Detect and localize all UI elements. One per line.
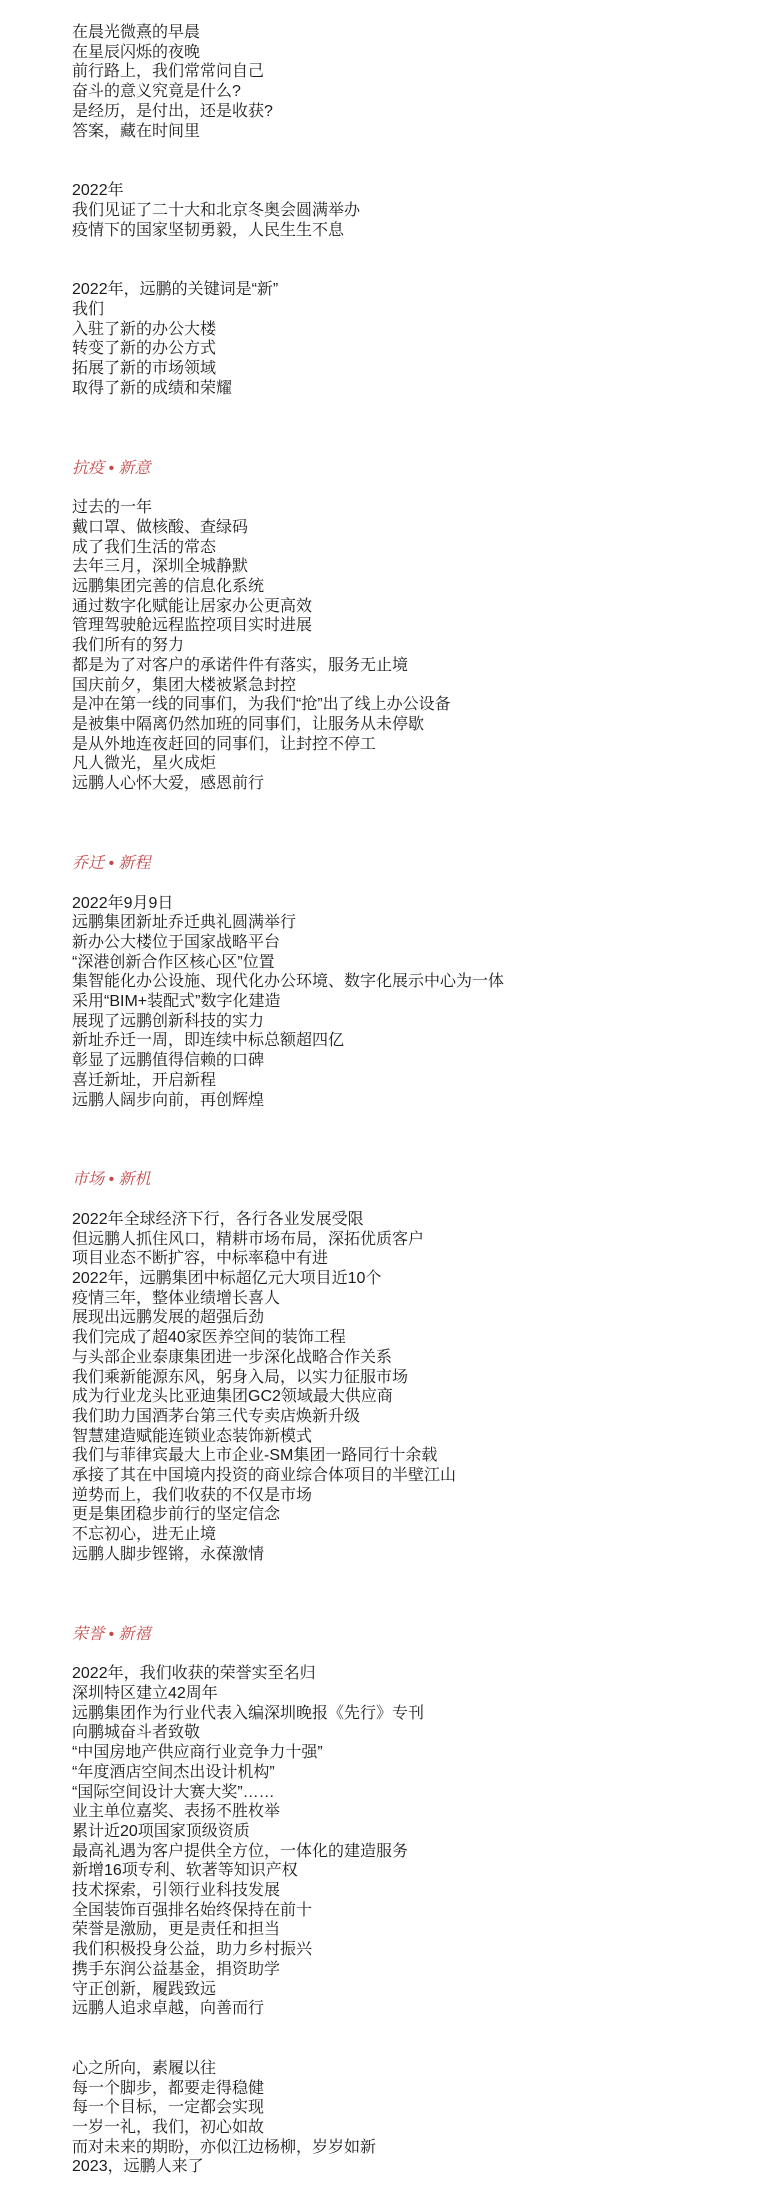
text-line: “国际空间设计大赛大奖”…… (72, 1783, 735, 1803)
text-line: 展现了远鹏创新科技的实力 (72, 1012, 735, 1032)
text-line: 最高礼遇为客户提供全方位，一体化的建造服务 (72, 1842, 735, 1862)
stanza: 过去的一年戴口罩、做核酸、查绿码成了我们生活的常态去年三月，深圳全城静默远鹏集团… (72, 498, 735, 794)
text-line: 展现出远鹏发展的超强后劲 (72, 1308, 735, 1328)
text-line: 前行路上，我们常常问自己 (72, 62, 735, 82)
text-line: 全国装饰百强排名始终保持在前十 (72, 1901, 735, 1921)
text-line: 2022年9月9日 (72, 894, 735, 914)
text-line: 我们见证了二十大和北京冬奥会圆满举办 (72, 201, 735, 221)
text-line: 荣誉是激励，更是责任和担当 (72, 1920, 735, 1940)
text-line: 新址乔迁一周，即连续中标总额超四亿 (72, 1031, 735, 1051)
text-line: 2022年，远鹏集团中标超亿元大项目近10个 (72, 1269, 735, 1289)
text-line: 去年三月，深圳全城静默 (72, 557, 735, 577)
text-line: 新增16项专利、软著等知识产权 (72, 1861, 735, 1881)
text-line: 业主单位嘉奖、表扬不胜枚举 (72, 1802, 735, 1822)
text-line: 每一个脚步，都要走得稳健 (72, 2079, 735, 2099)
text-line: 在晨光微熹的早晨 (72, 23, 735, 43)
text-line: 远鹏人追求卓越，向善而行 (72, 1999, 735, 2019)
text-line: 成为行业龙头比亚迪集团GC2领域最大供应商 (72, 1387, 735, 1407)
text-line: 入驻了新的办公大楼 (72, 320, 735, 340)
text-line: 心之所向，素履以往 (72, 2059, 735, 2079)
text-line: 深圳特区建立42周年 (72, 1684, 735, 1704)
text-line: 我们完成了超40家医养空间的装饰工程 (72, 1328, 735, 1348)
text-line: 守正创新，履践致远 (72, 1980, 735, 2000)
text-line: 新办公大楼位于国家战略平台 (72, 933, 735, 953)
text-line: “深港创新合作区核心区”位置 (72, 953, 735, 973)
text-line: 不忘初心，进无止境 (72, 1525, 735, 1545)
text-line: 承接了其在中国境内投资的商业综合体项目的半壁江山 (72, 1466, 735, 1486)
text-line: 但远鹏人抓住风口，精耕市场布局，深拓优质客户 (72, 1230, 735, 1250)
text-line: 是经历，是付出，还是收获? (72, 102, 735, 122)
text-line: 过去的一年 (72, 498, 735, 518)
text-line: 智慧建造赋能连锁业态装饰新模式 (72, 1427, 735, 1447)
text-line: 我们与菲律宾最大上市企业-SM集团一路同行十余载 (72, 1446, 735, 1466)
text-line: 疫情三年，整体业绩增长喜人 (72, 1289, 735, 1309)
text-line: 答案，藏在时间里 (72, 122, 735, 142)
text-line: 技术探索，引领行业科技发展 (72, 1881, 735, 1901)
text-line: 在星辰闪烁的夜晚 (72, 43, 735, 63)
text-line: 我们所有的努力 (72, 636, 735, 656)
text-line: 取得了新的成绩和荣耀 (72, 379, 735, 399)
text-line: 更是集团稳步前行的坚定信念 (72, 1505, 735, 1525)
stanza: 2022年我们见证了二十大和北京冬奥会圆满举办疫情下的国家坚韧勇毅，人民生生不息 (72, 181, 735, 240)
text-line: 2023，远鹏人来了 (72, 2157, 735, 2177)
section-heading: 荣誉 • 新禧 (72, 1625, 735, 1645)
text-line: 远鹏集团作为行业代表入编深圳晚报《先行》专刊 (72, 1704, 735, 1724)
section-heading: 抗疫 • 新意 (72, 459, 735, 479)
text-line: 是被集中隔离仍然加班的同事们，让服务从未停歇 (72, 715, 735, 735)
text-line: 远鹏人阔步向前，再创辉煌 (72, 1091, 735, 1111)
text-line: 喜迁新址，开启新程 (72, 1071, 735, 1091)
text-line: 2022年，我们收获的荣誉实至名归 (72, 1664, 735, 1684)
text-line: 远鹏集团新址乔迁典礼圆满举行 (72, 913, 735, 933)
text-line: 与头部企业泰康集团进一步深化战略合作关系 (72, 1348, 735, 1368)
text-line: 成了我们生活的常态 (72, 538, 735, 558)
text-line: 我们助力国酒茅台第三代专卖店焕新升级 (72, 1407, 735, 1427)
text-line: 而对未来的期盼，亦似江边杨柳，岁岁如新 (72, 2138, 735, 2158)
text-line: 远鹏人脚步铿锵，永葆激情 (72, 1545, 735, 1565)
text-line: 2022年全球经济下行，各行各业发展受限 (72, 1210, 735, 1230)
stanza: 2022年9月9日远鹏集团新址乔迁典礼圆满举行新办公大楼位于国家战略平台“深港创… (72, 894, 735, 1111)
text-line: “年度酒店空间杰出设计机构” (72, 1763, 735, 1783)
article-body: 在晨光微熹的早晨在星辰闪烁的夜晚前行路上，我们常常问自己奋斗的意义究竟是什么?是… (0, 0, 775, 2193)
text-line: 2022年，远鹏的关键词是“新” (72, 280, 735, 300)
text-line: 转变了新的办公方式 (72, 339, 735, 359)
stanza: 在晨光微熹的早晨在星辰闪烁的夜晚前行路上，我们常常问自己奋斗的意义究竟是什么?是… (72, 23, 735, 141)
text-line: 一岁一礼，我们，初心如故 (72, 2118, 735, 2138)
text-line: 彰显了远鹏值得信赖的口碑 (72, 1051, 735, 1071)
text-line: 拓展了新的市场领域 (72, 359, 735, 379)
text-line: 累计近20项国家顶级资质 (72, 1822, 735, 1842)
text-line: 戴口罩、做核酸、查绿码 (72, 518, 735, 538)
text-line: “中国房地产供应商行业竞争力十强” (72, 1743, 735, 1763)
text-line: 每一个目标，一定都会实现 (72, 2098, 735, 2118)
text-line: 凡人微光，星火成炬 (72, 754, 735, 774)
text-line: 我们乘新能源东风，躬身入局，以实力征服市场 (72, 1368, 735, 1388)
text-line: 远鹏集团完善的信息化系统 (72, 577, 735, 597)
text-line: 管理驾驶舱远程监控项目实时进展 (72, 616, 735, 636)
text-line: 项目业态不断扩容，中标率稳中有进 (72, 1249, 735, 1269)
text-line: 逆势而上，我们收获的不仅是市场 (72, 1486, 735, 1506)
section-heading: 乔迁 • 新程 (72, 854, 735, 874)
text-line: 采用“BIM+装配式”数字化建造 (72, 992, 735, 1012)
section-heading: 市场 • 新机 (72, 1170, 735, 1190)
text-line: 是从外地连夜赶回的同事们，让封控不停工 (72, 735, 735, 755)
text-line: 我们积极投身公益，助力乡村振兴 (72, 1940, 735, 1960)
text-line: 通过数字化赋能让居家办公更高效 (72, 597, 735, 617)
text-line: 奋斗的意义究竟是什么? (72, 82, 735, 102)
text-line: 集智能化办公设施、现代化办公环境、数字化展示中心为一体 (72, 972, 735, 992)
text-line: 远鹏人心怀大爱，感恩前行 (72, 774, 735, 794)
text-line: 2022年 (72, 181, 735, 201)
text-line: 向鹏城奋斗者致敬 (72, 1723, 735, 1743)
text-line: 携手东润公益基金，捐资助学 (72, 1960, 735, 1980)
text-line: 国庆前夕，集团大楼被紧急封控 (72, 676, 735, 696)
stanza: 2022年，远鹏的关键词是“新”我们入驻了新的办公大楼转变了新的办公方式拓展了新… (72, 280, 735, 398)
text-line: 是冲在第一线的同事们，为我们“抢”出了线上办公设备 (72, 695, 735, 715)
text-line: 疫情下的国家坚韧勇毅，人民生生不息 (72, 221, 735, 241)
stanza: 2022年全球经济下行，各行各业发展受限但远鹏人抓住风口，精耕市场布局，深拓优质… (72, 1210, 735, 1565)
text-line: 我们 (72, 300, 735, 320)
stanza: 2022年，我们收获的荣誉实至名归深圳特区建立42周年远鹏集团作为行业代表入编深… (72, 1664, 735, 2019)
text-line: 都是为了对客户的承诺件件有落实，服务无止境 (72, 656, 735, 676)
stanza: 心之所向，素履以往每一个脚步，都要走得稳健每一个目标，一定都会实现一岁一礼，我们… (72, 2059, 735, 2177)
